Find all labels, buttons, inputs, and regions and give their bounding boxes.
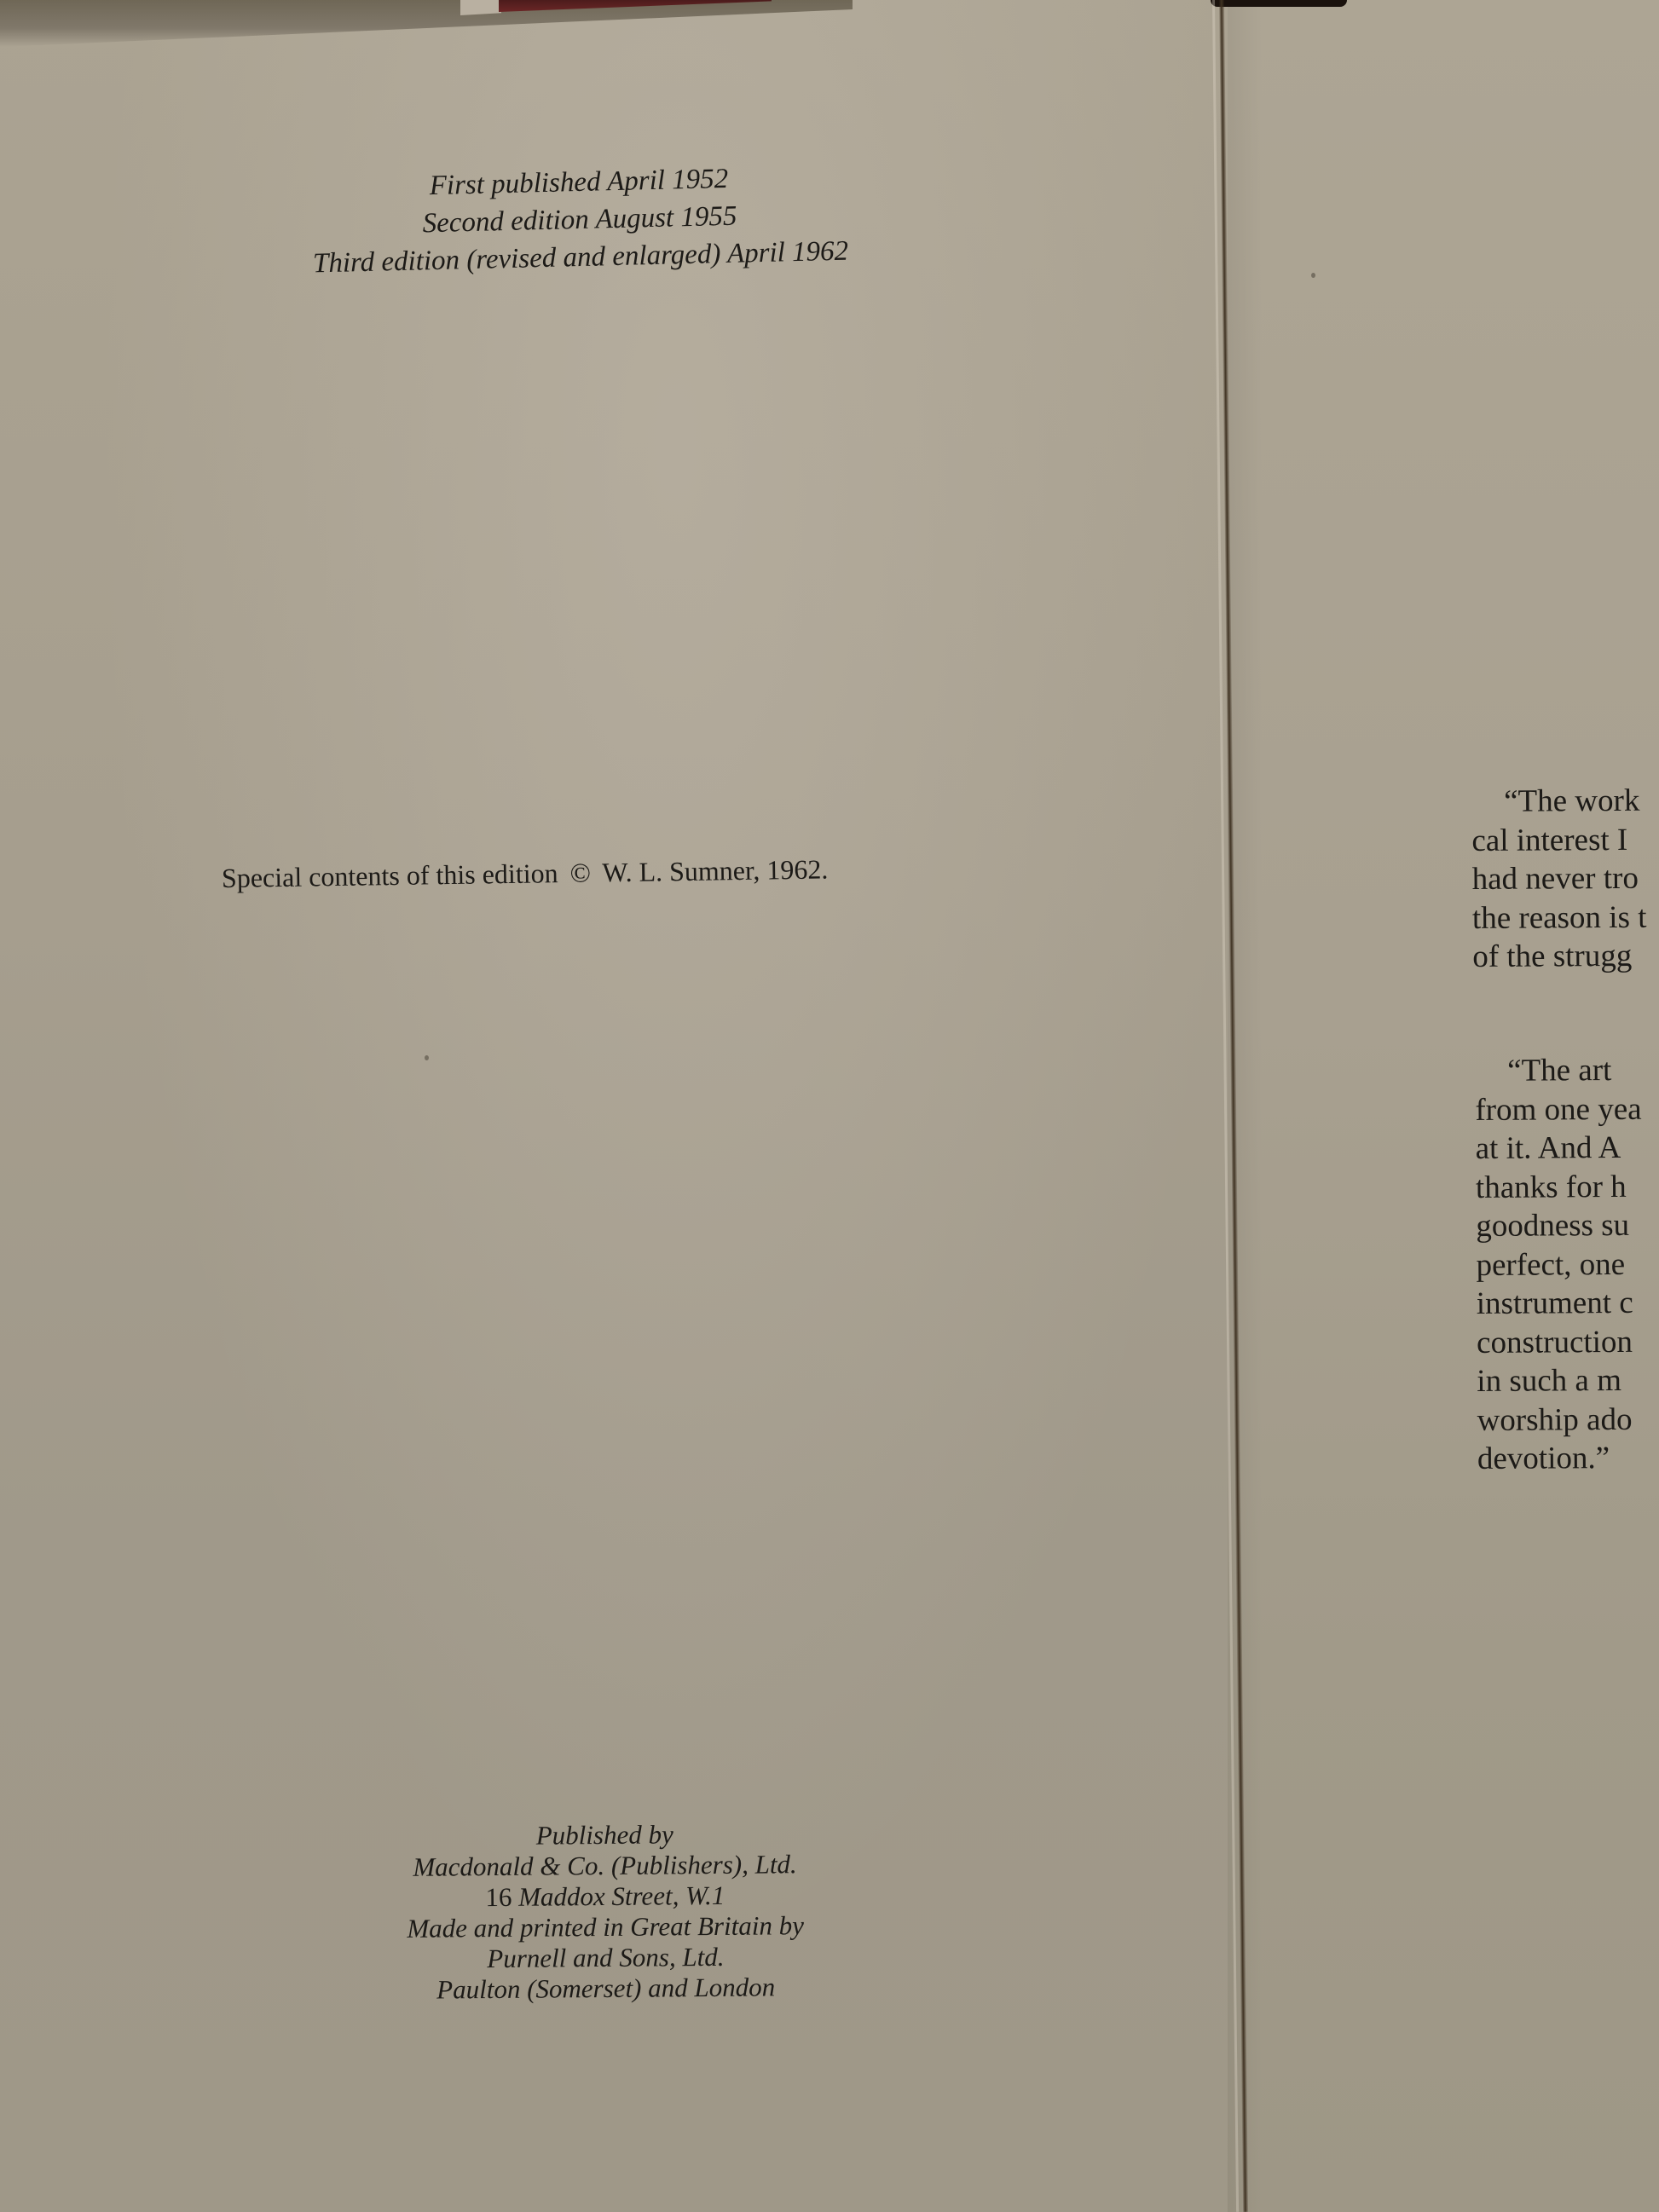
copyright-icon: © xyxy=(569,856,591,890)
quote-line: “The art xyxy=(1475,1050,1659,1091)
epigraph-quote-2: “The art from one yea at it. And A thank… xyxy=(1475,1050,1659,1479)
quote-line: had never tro xyxy=(1472,858,1659,899)
published-by-label: Published by xyxy=(357,1818,852,1853)
quote-line: the reason is t xyxy=(1472,897,1659,938)
publisher-address: 16 Maddox Street, W.1 xyxy=(358,1880,853,1915)
printer-name: Purnell and Sons, Ltd. xyxy=(358,1941,853,1976)
quote-line: of the strugg xyxy=(1472,936,1659,977)
copyright-prefix: Special contents of this edition xyxy=(222,858,558,893)
address-number: 16 xyxy=(485,1882,512,1912)
address-street: Maddox Street, W.1 xyxy=(518,1880,725,1912)
publisher-imprint: Published by Macdonald & Co. (Publishers… xyxy=(357,1818,853,2007)
quote-line: in such a m xyxy=(1477,1360,1659,1401)
publisher-name: Macdonald & Co. (Publishers), Ltd. xyxy=(357,1849,852,1884)
quote-line: at it. And A xyxy=(1476,1128,1659,1169)
paper-speck xyxy=(1311,273,1315,278)
quote-line: instrument c xyxy=(1477,1283,1659,1324)
printed-note: Made and printed in Great Britain by xyxy=(358,1910,853,1945)
edition-history: First published April 1952 Second editio… xyxy=(255,156,905,284)
epigraph-quote-1: “The work cal interest I had never tro t… xyxy=(1471,781,1659,977)
paper-speck xyxy=(425,1055,429,1060)
quote-line: cal interest I xyxy=(1471,819,1659,860)
quote-line: “The work xyxy=(1471,781,1659,822)
quote-line: thanks for h xyxy=(1476,1166,1659,1207)
quote-line: perfect, one xyxy=(1476,1244,1659,1285)
quote-line: goodness su xyxy=(1476,1205,1659,1246)
cover-edge-light xyxy=(460,0,501,15)
printer-location: Paulton (Somerset) and London xyxy=(359,1972,853,2007)
quote-line: construction xyxy=(1477,1321,1659,1362)
quote-line: devotion.” xyxy=(1477,1438,1659,1479)
copyright-holder: W. L. Sumner, 1962. xyxy=(602,853,829,887)
quote-line: from one yea xyxy=(1475,1089,1659,1129)
spine-top-edge xyxy=(1211,0,1347,7)
quote-line: worship ado xyxy=(1477,1399,1659,1440)
